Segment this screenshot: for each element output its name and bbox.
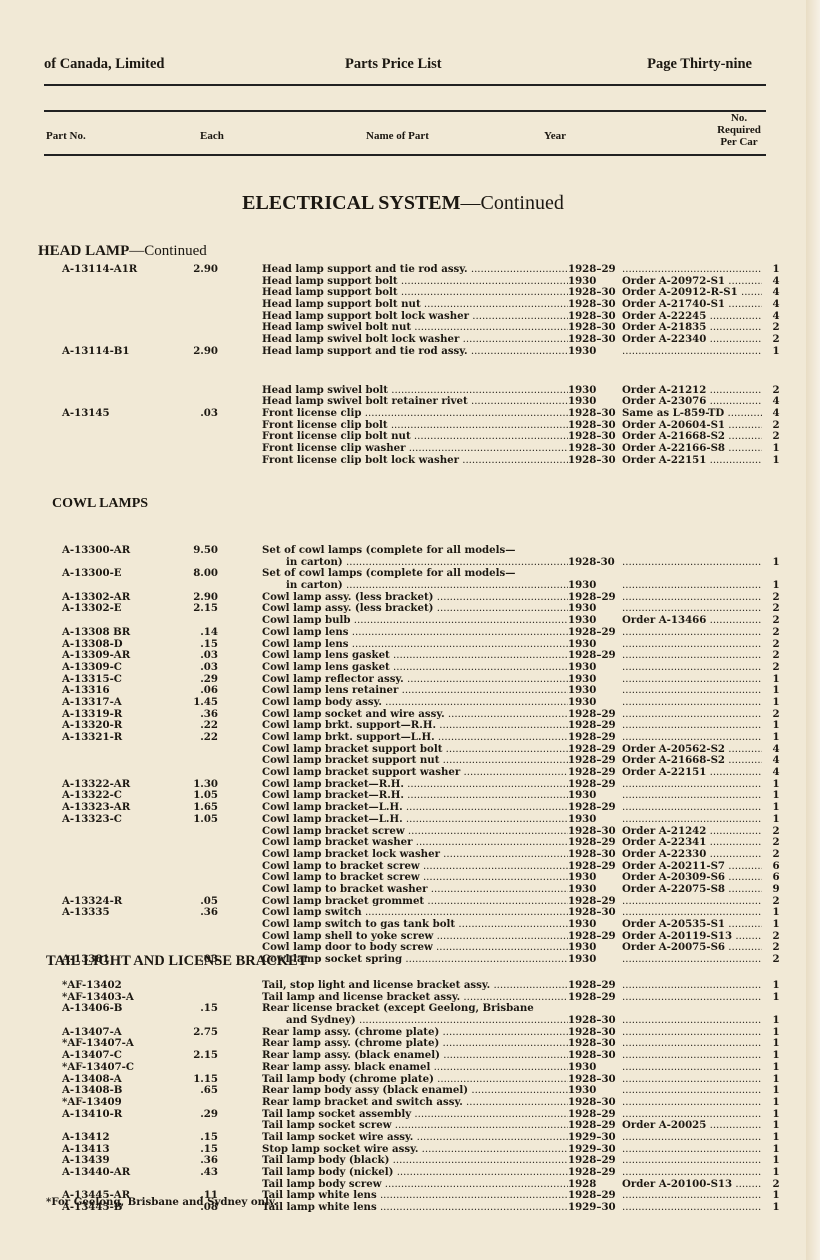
part-number: A-13323-C (62, 814, 122, 826)
quantity: 4 (770, 767, 782, 779)
order-reference: Order A-21668-S2 (622, 755, 762, 767)
year: 1928–30 (568, 849, 616, 861)
part-name: Tail lamp white lens (262, 1202, 568, 1214)
year: 1928–30 (568, 443, 616, 455)
table-row: A-13302-E2.15Cowl lamp assy. (less brack… (0, 603, 806, 615)
part-name: Tail lamp and license bracket assy. (262, 992, 568, 1004)
part-name: Cowl lamp bracket—L.H. (262, 814, 568, 826)
part-name: Rear lamp assy. (black enamel) (262, 1050, 568, 1062)
order-reference (622, 779, 762, 791)
year: 1928–29 (568, 264, 616, 276)
table-row: A-13309-C.03Cowl lamp lens gasket19302 (0, 662, 806, 674)
order-reference (622, 896, 762, 908)
footnote: *For Geelong, Brisbane and Sydney only. (46, 1196, 277, 1208)
order-reference (622, 346, 762, 358)
part-name: Cowl lamp assy. (less bracket) (262, 603, 568, 615)
part-name: Front license clip bolt nut (262, 431, 568, 443)
order-reference (622, 1144, 762, 1156)
quantity: 2 (770, 627, 782, 639)
price: .43 (180, 1167, 218, 1179)
table-row: Front license clip washer1928–301Order A… (0, 443, 806, 455)
part-number: A-13317-A (62, 697, 122, 709)
part-name: Cowl lamp to bracket screw (262, 872, 568, 884)
part-name: Head lamp swivel bolt (262, 385, 568, 397)
order-reference (622, 557, 762, 569)
col-part-no: Part No. (46, 130, 86, 142)
table-row: A-13412.15Tail lamp socket wire assy.192… (0, 1132, 806, 1144)
part-name: Cowl lamp lens gasket (262, 662, 568, 674)
order-reference: Order A-22341 (622, 837, 762, 849)
order-reference (622, 709, 762, 721)
price: .29 (180, 1109, 218, 1121)
part-name: Stop lamp socket wire assy. (262, 1144, 568, 1156)
order-reference (622, 603, 762, 615)
order-reference: Order A-20972-S1 (622, 276, 762, 288)
table-row: and Sydney)1928–301 (0, 1015, 806, 1027)
part-name: Cowl lamp bracket—R.H. (262, 790, 568, 802)
table-row: Cowl lamp bracket support bolt1928–294Or… (0, 744, 806, 756)
order-reference (622, 814, 762, 826)
table-row: A-13317-A1.45Cowl lamp body assy.19301 (0, 697, 806, 709)
order-reference (622, 954, 762, 966)
part-name: Head lamp support and tie rod assy. (262, 346, 568, 358)
column-headers: Part No. Each Name of Part Year No. Requ… (44, 112, 766, 152)
part-name: Cowl lamp bracket—R.H. (262, 779, 568, 791)
order-reference (622, 732, 762, 744)
col-each: Each (200, 130, 224, 142)
part-name: Rear lamp assy. (chrome plate) (262, 1038, 568, 1050)
year: 1929–30 (568, 1202, 616, 1214)
order-reference: Order A-20309-S6 (622, 872, 762, 884)
part-number: A-13321-R (62, 732, 122, 744)
part-name: Head lamp swivel bolt lock washer (262, 334, 568, 346)
part-number: *AF-13409 (62, 1097, 122, 1109)
part-name: Rear lamp assy. (chrome plate) (262, 1027, 568, 1039)
order-reference: Order A-21740-S1 (622, 299, 762, 311)
part-name: Tail lamp body (chrome plate) (262, 1074, 568, 1086)
table-row: Head lamp support bolt1928–304Order A-20… (0, 287, 806, 299)
part-name: Front license clip bolt (262, 420, 568, 432)
table-row: in carton)19301 (0, 580, 806, 592)
section-heading-head-lamp: HEAD LAMP—Continued (38, 243, 207, 260)
part-name: Cowl lamp bulb (262, 615, 568, 627)
part-name: Rear lamp bracket and switch assy. (262, 1097, 568, 1109)
price: .15 (180, 1132, 218, 1144)
part-number: A-13440-AR (62, 1167, 130, 1179)
order-reference: Order A-20025 (622, 1120, 762, 1132)
order-reference (622, 1050, 762, 1062)
order-reference: Order A-21242 (622, 826, 762, 838)
part-name: Head lamp support bolt nut (262, 299, 568, 311)
order-reference: Order A-20604-S1 (622, 420, 762, 432)
price: 2.15 (180, 1050, 218, 1062)
part-number: *AF-13402 (62, 980, 122, 992)
year: 1928–29 (568, 627, 616, 639)
year: 1928–30 (568, 1097, 616, 1109)
part-name: Tail lamp socket wire assy. (262, 1132, 568, 1144)
part-number: A-13308 BR (62, 627, 130, 639)
order-reference (622, 720, 762, 732)
price: .15 (180, 1003, 218, 1015)
quantity: 2 (770, 662, 782, 674)
col-name: Name of Part (366, 130, 429, 142)
table-row: Cowl lamp to bracket screw1928–296Order … (0, 861, 806, 873)
quantity: 2 (770, 849, 782, 861)
part-name: Front license clip bolt lock washer (262, 455, 568, 467)
title-main: ELECTRICAL SYSTEM (242, 192, 460, 214)
order-reference: Order A-22245 (622, 311, 762, 323)
parts-table-head-lamp: A-13114-A1R2.90Head lamp support and tie… (0, 264, 806, 466)
section-heading-cowl-lamps: COWL LAMPS (52, 496, 148, 512)
part-name: Cowl lamp lens (262, 627, 568, 639)
part-name: Front license clip (262, 408, 568, 420)
table-row (0, 358, 806, 385)
quantity: 1 (770, 1167, 782, 1179)
part-name: in carton) (286, 557, 568, 569)
table-row: Head lamp swivel bolt nut1928–302Order A… (0, 322, 806, 334)
page-title: ELECTRICAL SYSTEM—Continued (0, 192, 806, 215)
part-number: A-13412 (62, 1132, 110, 1144)
part-name: Cowl lamp bracket grommet (262, 896, 568, 908)
price: .36 (180, 907, 218, 919)
quantity: 1 (770, 346, 782, 358)
price: 9.50 (180, 545, 218, 557)
order-reference (622, 662, 762, 674)
price: .14 (180, 627, 218, 639)
part-name: Cowl lamp lens retainer (262, 685, 568, 697)
table-row: A-13145.03Front license clip1928–304Same… (0, 408, 806, 420)
quantity: 1 (770, 992, 782, 1004)
price: .03 (180, 408, 218, 420)
year: 1930 (568, 697, 596, 709)
part-number: A-13145 (62, 408, 110, 420)
part-name: Front license clip washer (262, 443, 568, 455)
year: 1930 (568, 814, 596, 826)
part-number: A-13114-A1R (62, 264, 137, 276)
table-row: Cowl lamp bracket support nut1928–294Ord… (0, 755, 806, 767)
part-name: Cowl lamp socket and wire assy. (262, 709, 568, 721)
part-number: A-13309-C (62, 662, 122, 674)
order-reference: Order A-23076 (622, 396, 762, 408)
part-number: A-13114-B1 (62, 346, 130, 358)
quantity: 1 (770, 919, 782, 931)
year: 1928–30 (568, 1015, 616, 1027)
part-name: Cowl lamp socket spring (262, 954, 568, 966)
part-name: Tail lamp body (nickel) (262, 1167, 568, 1179)
price: .03 (180, 662, 218, 674)
table-row: Cowl lamp to bracket washer19309Order A-… (0, 884, 806, 896)
price: 2.75 (180, 1027, 218, 1039)
table-row: A-13323-C1.05Cowl lamp bracket—L.H.19301 (0, 814, 806, 826)
year: 1928–30 (568, 408, 616, 420)
part-name: Head lamp support bolt lock washer (262, 311, 568, 323)
order-reference: Order A-20119-S13 (622, 931, 762, 943)
part-name: Cowl lamp switch (262, 907, 568, 919)
part-name: Tail lamp body (black) (262, 1155, 568, 1167)
table-row: *AF-13402Tail, stop light and license br… (0, 980, 806, 992)
table-row: Cowl lamp bracket screw1928–302Order A-2… (0, 826, 806, 838)
table-row: Front license clip bolt nut1928–302Order… (0, 431, 806, 443)
header-title: Parts Price List (345, 56, 442, 73)
part-number: A-13300-E (62, 568, 122, 580)
part-number: *AF-13407-C (62, 1062, 134, 1074)
quantity: 1 (770, 1202, 782, 1214)
order-reference (622, 1038, 762, 1050)
order-reference (622, 1074, 762, 1086)
part-name: Head lamp swivel bolt nut (262, 322, 568, 334)
part-name: Tail lamp socket screw (262, 1120, 568, 1132)
part-name: Cowl lamp to bracket washer (262, 884, 568, 896)
table-row: A-13308 BR.14Cowl lamp lens1928–292 (0, 627, 806, 639)
quantity: 1 (770, 1132, 782, 1144)
order-reference: Order A-22151 (622, 767, 762, 779)
quantity: 1 (770, 455, 782, 467)
order-reference: Same as L-859-TD (622, 408, 762, 420)
table-row: A-13324-R.05Cowl lamp bracket grommet192… (0, 896, 806, 908)
header-page-number: Page Thirty-nine (647, 56, 752, 73)
quantity: 1 (770, 980, 782, 992)
part-number: A-13302-E (62, 603, 122, 615)
table-row: Head lamp support bolt nut1928–304Order … (0, 299, 806, 311)
order-reference (622, 264, 762, 276)
part-name: Cowl lamp assy. (less bracket) (262, 592, 568, 604)
part-name: Rear license bracket (except Geelong, Br… (262, 1003, 568, 1015)
year: 1930 (568, 919, 596, 931)
quantity: 1 (770, 814, 782, 826)
order-reference (622, 992, 762, 1004)
order-reference: Order A-21212 (622, 385, 762, 397)
year: 1928–29 (568, 767, 616, 779)
part-name: Head lamp support bolt (262, 276, 568, 288)
part-name: Rear lamp body assy (black enamel) (262, 1085, 568, 1097)
order-reference (622, 790, 762, 802)
year: 1930 (568, 884, 596, 896)
price: 1.45 (180, 697, 218, 709)
part-name: in carton) (286, 580, 568, 592)
quantity: 1 (770, 557, 782, 569)
table-row: A-13315-C.29Cowl lamp reflector assy.193… (0, 674, 806, 686)
order-reference: Order A-22151 (622, 455, 762, 467)
table-row: Cowl lamp shell to yoke screw1928–292Ord… (0, 931, 806, 943)
order-reference (622, 639, 762, 651)
table-row: A-13440-AR.43Tail lamp body (nickel)1928… (0, 1167, 806, 1179)
order-reference: Order A-20562-S2 (622, 744, 762, 756)
part-name: Rear lamp assy. black enamel (262, 1062, 568, 1074)
order-reference: Order A-22340 (622, 334, 762, 346)
divider (44, 84, 766, 86)
order-reference (622, 1027, 762, 1039)
part-name: Cowl lamp bracket support washer (262, 767, 568, 779)
table-row: Tail lamp socket screw1928–291Order A-20… (0, 1120, 806, 1132)
header-company: of Canada, Limited (44, 56, 164, 73)
part-name: Cowl lamp bracket lock washer (262, 849, 568, 861)
parts-table-cowl-lamps: A-13300-AR9.50Set of cowl lamps (complet… (0, 545, 806, 966)
part-name: Cowl lamp door to body screw (262, 942, 568, 954)
order-reference (622, 802, 762, 814)
order-reference (622, 627, 762, 639)
order-reference (622, 1190, 762, 1202)
table-row: Head lamp support bolt lock washer1928–3… (0, 311, 806, 323)
order-reference (622, 1015, 762, 1027)
table-row: *AF-13409Rear lamp bracket and switch as… (0, 1097, 806, 1109)
part-name: Tail lamp body screw (262, 1179, 568, 1191)
part-name: Cowl lamp reflector assy. (262, 674, 568, 686)
table-row: Front license clip bolt lock washer1928–… (0, 455, 806, 467)
section-heading-tail-light: TAIL LIGHT AND LICENSE BRACKET (46, 953, 307, 970)
price: .65 (180, 1085, 218, 1097)
table-row: Head lamp support bolt19304Order A-20972… (0, 276, 806, 288)
order-reference (622, 1155, 762, 1167)
order-reference (622, 1167, 762, 1179)
order-reference: Order A-20535-S1 (622, 919, 762, 931)
order-reference: Order A-20211-S7 (622, 861, 762, 873)
quantity: 1 (770, 1062, 782, 1074)
part-name: Set of cowl lamps (complete for all mode… (262, 545, 568, 557)
table-row: Cowl lamp to bracket screw19306Order A-2… (0, 872, 806, 884)
parts-table-tail-light: *AF-13402Tail, stop light and license br… (0, 980, 806, 1214)
part-name: Head lamp swivel bolt retainer rivet (262, 396, 568, 408)
order-reference (622, 907, 762, 919)
quantity: 4 (770, 408, 782, 420)
price: 8.00 (180, 568, 218, 580)
table-row: Front license clip bolt1928–302Order A-2… (0, 420, 806, 432)
year: 1930 (568, 346, 596, 358)
part-name: Cowl lamp brkt. support—R.H. (262, 720, 568, 732)
table-row: Cowl lamp switch to gas tank bolt19301Or… (0, 919, 806, 931)
part-name: Head lamp support bolt (262, 287, 568, 299)
order-reference (622, 1097, 762, 1109)
price: 1.05 (180, 814, 218, 826)
quantity: 1 (770, 1015, 782, 1027)
order-reference (622, 674, 762, 686)
quantity: 2 (770, 954, 782, 966)
part-name: Cowl lamp to bracket screw (262, 861, 568, 873)
year: 1930 (568, 580, 596, 592)
year: 1929–30 (568, 1132, 616, 1144)
quantity: 4 (770, 299, 782, 311)
quantity: 1 (770, 580, 782, 592)
divider (44, 154, 766, 156)
part-name: Cowl lamp bracket washer (262, 837, 568, 849)
order-reference (622, 1202, 762, 1214)
part-name: and Sydney) (286, 1015, 568, 1027)
part-name: Cowl lamp bracket support bolt (262, 744, 568, 756)
part-name: Cowl lamp body assy. (262, 697, 568, 709)
quantity: 1 (770, 1097, 782, 1109)
table-row: A-13335.36Cowl lamp switch1928–301 (0, 907, 806, 919)
order-reference (622, 980, 762, 992)
order-reference (622, 1062, 762, 1074)
table-row: A-13410-R.29Tail lamp socket assembly192… (0, 1109, 806, 1121)
part-number: A-13300-AR (62, 545, 130, 557)
part-name: Cowl lamp shell to yoke screw (262, 931, 568, 943)
year: 1928–30 (568, 299, 616, 311)
year: 1928–29 (568, 992, 616, 1004)
part-number: A-13335 (62, 907, 110, 919)
table-row: Head lamp swivel bolt19302Order A-21212 (0, 385, 806, 397)
title-suffix: —Continued (461, 192, 564, 214)
order-reference (622, 697, 762, 709)
order-reference: Order A-20075-S6 (622, 942, 762, 954)
order-reference (622, 1109, 762, 1121)
quantity: 1 (770, 443, 782, 455)
order-reference: Order A-21835 (622, 322, 762, 334)
year: 1930 (568, 1062, 596, 1074)
table-row: A-13406-B.15Rear license bracket (except… (0, 1003, 806, 1015)
table-row: *AF-13407-CRear lamp assy. black enamel1… (0, 1062, 806, 1074)
order-reference: Order A-22330 (622, 849, 762, 861)
quantity: 1 (770, 264, 782, 276)
quantity: 9 (770, 884, 782, 896)
order-reference: Order A-20912-R-S1 (622, 287, 762, 299)
part-name: Cowl lamp bracket screw (262, 826, 568, 838)
part-name: Cowl lamp lens (262, 639, 568, 651)
col-required: No. Required Per Car (712, 112, 766, 148)
part-name: Cowl lamp brkt. support—L.H. (262, 732, 568, 744)
table-row: A-13413.15Stop lamp socket wire assy.192… (0, 1144, 806, 1156)
table-row: Head lamp swivel bolt retainer rivet1930… (0, 396, 806, 408)
year: 1930 (568, 954, 596, 966)
order-reference (622, 650, 762, 662)
order-reference (622, 1085, 762, 1097)
price: 2.15 (180, 603, 218, 615)
part-number: A-13406-B (62, 1003, 122, 1015)
table-row: A-13114-A1R2.90Head lamp support and tie… (0, 264, 806, 276)
running-head: of Canada, Limited Parts Price List Page… (44, 56, 752, 76)
part-name: Head lamp support and tie rod assy. (262, 264, 568, 276)
part-name: Cowl lamp bracket support nut (262, 755, 568, 767)
order-reference (622, 580, 762, 592)
col-year: Year (544, 130, 566, 142)
order-reference: Order A-22075-S8 (622, 884, 762, 896)
price: 2.90 (180, 346, 218, 358)
order-reference: Order A-22166-S8 (622, 443, 762, 455)
part-name: Cowl lamp switch to gas tank bolt (262, 919, 568, 931)
price: 2.90 (180, 264, 218, 276)
year: 1928–29 (568, 1167, 616, 1179)
table-row: A-13114-B12.90Head lamp support and tie … (0, 346, 806, 358)
year: 1928-30 (568, 557, 615, 569)
year: 1928–29 (568, 980, 616, 992)
quantity: 1 (770, 697, 782, 709)
order-reference: Order A-21668-S2 (622, 431, 762, 443)
quantity: 1 (770, 732, 782, 744)
table-row: A-13300-E8.00Set of cowl lamps (complete… (0, 568, 806, 580)
part-name: Set of cowl lamps (complete for all mode… (262, 568, 568, 580)
part-name: Tail lamp socket assembly (262, 1109, 568, 1121)
order-reference (622, 685, 762, 697)
price: .22 (180, 732, 218, 744)
document-page: of Canada, Limited Parts Price List Page… (0, 0, 806, 1260)
part-number: A-13410-R (62, 1109, 122, 1121)
order-reference (622, 592, 762, 604)
part-name: Tail lamp white lens (262, 1190, 568, 1202)
year: 1928–30 (568, 455, 616, 467)
page-edge (806, 0, 820, 1260)
part-name: Tail, stop light and license bracket ass… (262, 980, 568, 992)
part-name: Cowl lamp bracket—L.H. (262, 802, 568, 814)
year: 1930 (568, 662, 596, 674)
table-row: Cowl lamp bracket lock washer1928–302Ord… (0, 849, 806, 861)
year: 1928–29 (568, 732, 616, 744)
table-row: A-13300-AR9.50Set of cowl lamps (complet… (0, 545, 806, 557)
table-row: Cowl lamp bracket washer1928–292Order A-… (0, 837, 806, 849)
table-row: A-13321-R.22Cowl lamp brkt. support—L.H.… (0, 732, 806, 744)
part-name: Cowl lamp lens gasket (262, 650, 568, 662)
table-row: Cowl lamp bracket support washer1928–294… (0, 767, 806, 779)
order-reference: Order A-20100-S13 (622, 1179, 762, 1191)
order-reference: Order A-13466 (622, 615, 762, 627)
